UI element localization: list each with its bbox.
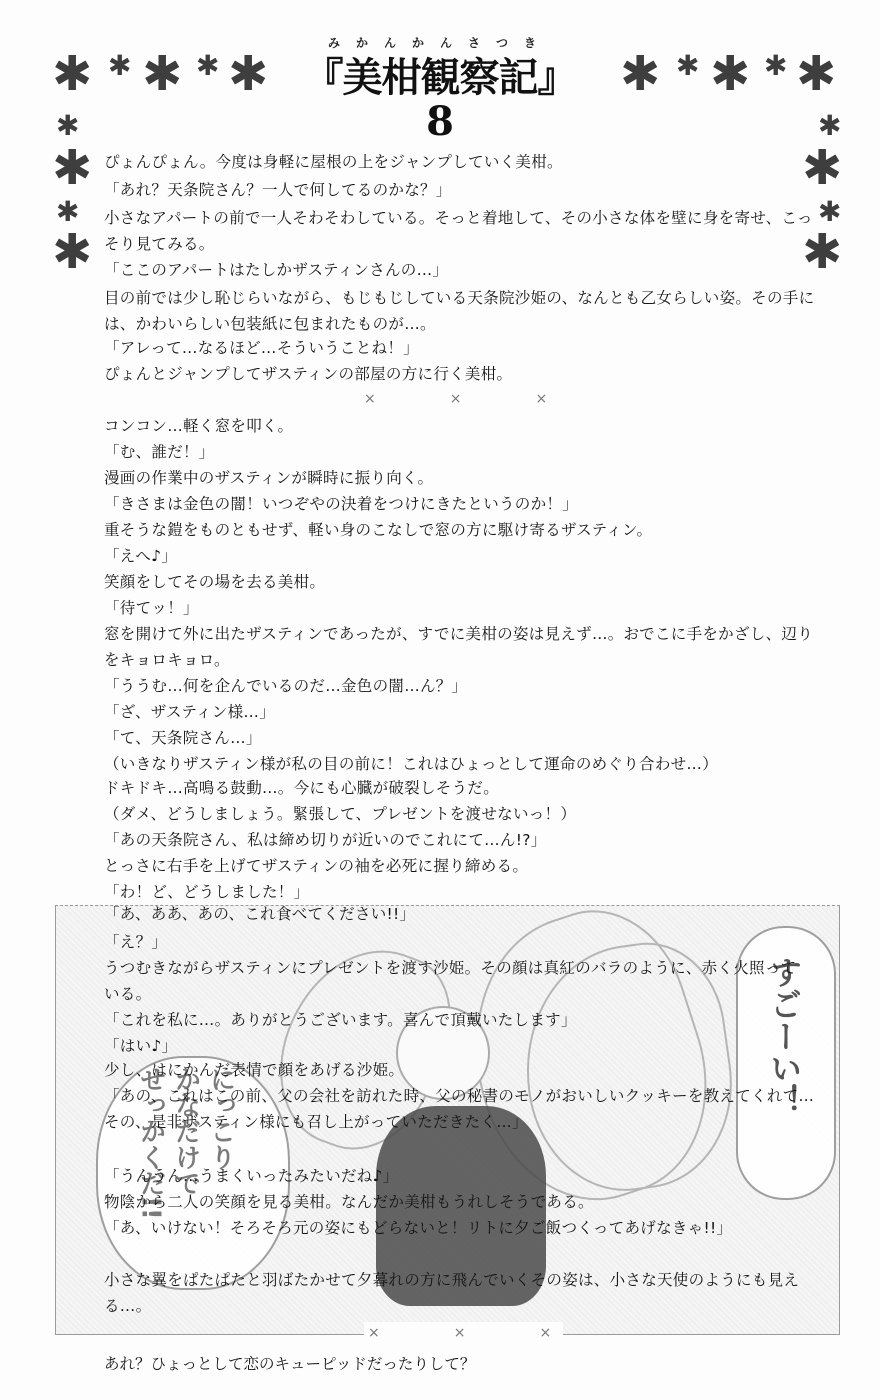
star-flower-icon: ✱ bbox=[196, 52, 219, 80]
text-line: 窓を開けて外に出たザスティンであったが、すでに美柑の姿は見えず…。おでこに手をか… bbox=[104, 622, 813, 644]
text-line: 「はい♪」 bbox=[104, 1034, 177, 1056]
star-flower-icon: ✱ bbox=[56, 112, 79, 140]
text-line: 「これを私に…。ありがとうございます。喜んで頂戴いたします」 bbox=[104, 1008, 577, 1030]
text-line: 「ううむ…何を企んでいるのだ…金色の闇…ん？」 bbox=[104, 674, 467, 696]
text-line: 重そうな鎧をものともせず、軽い身のこなしで窓の方に駆け寄るザスティン。 bbox=[104, 518, 652, 540]
text-line: 「わ！ど、どうしました！」 bbox=[104, 880, 309, 902]
text-line: そり見てみる。 bbox=[104, 232, 215, 254]
text-line: （ダメ、どうしましょう。緊張して、プレゼントを渡せないっ！） bbox=[104, 802, 576, 824]
text-line: 漫画の作業中のザスティンが瞬時に振り向く。 bbox=[104, 466, 433, 488]
text-line: 少し、はにかんだ表情で顔をあげる沙姫。 bbox=[104, 1058, 404, 1080]
star-flower-icon: ✱ bbox=[802, 144, 842, 192]
star-flower-icon: ✱ bbox=[52, 228, 92, 276]
text-line: 小さな翼をぱたぱたと羽ばたかせて夕暮れの方に飛んでいくその姿は、小さな天使のよう… bbox=[104, 1268, 799, 1290]
star-flower-icon: ✱ bbox=[710, 50, 750, 98]
text-line: 「アレって…なるほど…そういうことね！」 bbox=[104, 336, 419, 358]
star-flower-icon: ✱ bbox=[818, 112, 841, 140]
star-flower-icon: ✱ bbox=[228, 50, 268, 98]
text-line: その、是非ザスティン様にも召し上がっていただきたく…」 bbox=[104, 1110, 528, 1132]
illustration-panel: にっこり かなだけで せっかくだ!! すごーい！ 「あ、ああ、あの、これ食べてく… bbox=[55, 905, 840, 1335]
star-flower-icon: ✱ bbox=[620, 50, 660, 98]
text-line: うつむきながらザスティンにプレゼントを渡す沙姫。その顔は真紅のバラのように、赤く… bbox=[104, 956, 796, 978]
text-line: 「あの天条院さん、私は締め切りが近いのでこれにて…ん!?」 bbox=[104, 828, 547, 850]
scene-separator: × × × bbox=[364, 388, 555, 408]
star-flower-icon: ✱ bbox=[52, 144, 92, 192]
text-line: 物陰から二人の笑顔を見る美柑。なんだか美柑もうれしそうである。 bbox=[104, 1190, 594, 1212]
text-line: 「あの、これはこの前、父の会社を訪れた時、父の秘書のモノがおいしいクッキーを教え… bbox=[104, 1084, 814, 1106]
text-line: 「ざ、ザスティン様…」 bbox=[104, 700, 275, 722]
scene-separator: × × × bbox=[364, 1322, 563, 1342]
text-line: 「え？」 bbox=[104, 930, 167, 952]
text-line: 「待てッ！」 bbox=[104, 596, 199, 618]
text-line: 目の前では少し恥じらいながら、もじもじしている天条院沙姫の、なんとも乙女らしい姿… bbox=[104, 286, 814, 308]
text-line: いる。 bbox=[104, 982, 151, 1004]
star-flower-icon: ✱ bbox=[802, 228, 842, 276]
text-line: とっさに右手を上げてザスティンの袖を必死に握り締める。 bbox=[104, 854, 528, 876]
text-line: は、かわいらしい包装紙に包まれたものが…。 bbox=[104, 312, 436, 334]
text-line: 「む、誰だ！」 bbox=[104, 440, 215, 462]
star-flower-icon: ✱ bbox=[108, 52, 131, 80]
text-line: る…。 bbox=[104, 1294, 151, 1316]
text-line: をキョロキョロ。 bbox=[104, 648, 230, 670]
closing-line: あれ？ひょっとして恋のキューピッドだったりして？ bbox=[104, 1352, 475, 1374]
text-line: 「えへ♪」 bbox=[104, 544, 177, 566]
text-line: ぴょんぴょん。今度は身軽に屋根の上をジャンプしていく美柑。 bbox=[104, 150, 563, 172]
star-flower-icon: ✱ bbox=[796, 50, 836, 98]
star-flower-icon: ✱ bbox=[142, 50, 182, 98]
text-line: 「うんうん…うまくいったみたいだね♪」 bbox=[104, 1164, 399, 1186]
text-line: （いきなりザスティン様が私の目の前に！これはひょっとして運命のめぐり合わせ…） bbox=[104, 752, 718, 774]
star-flower-icon: ✱ bbox=[818, 198, 841, 226]
star-flower-icon: ✱ bbox=[52, 50, 92, 98]
text-line: ドキドキ…高鳴る鼓動…。今にも心臓が破裂しそうだ。 bbox=[104, 776, 499, 798]
text-line: コンコン…軽く窓を叩く。 bbox=[104, 414, 293, 436]
text-line: 小さなアパートの前で一人そわそわしている。そっと着地して、その小さな体を壁に身を… bbox=[104, 206, 813, 228]
novel-page: ✱ ✱ ✱ ✱ ✱ ✱ ✱ ✱ ✱ ✱ ✱ ✱ ✱ ✱ ✱ ✱ ✱ ✱ みかんか… bbox=[0, 0, 880, 1400]
text-line: 「あ、いけない！そろそろ元の姿にもどらないと！リトに夕ご飯つくってあげなきゃ!!… bbox=[104, 1216, 732, 1238]
page-title: 『美柑観察記』 bbox=[300, 46, 580, 103]
text-line: 笑顔をしてその場を去る美柑。 bbox=[104, 570, 325, 592]
star-flower-icon: ✱ bbox=[764, 52, 787, 80]
text-line: 「きさまは金色の闇！いつぞやの決着をつけにきたというのか！」 bbox=[104, 492, 578, 514]
text-line: ぴょんとジャンプしてザスティンの部屋の方に行く美柑。 bbox=[104, 362, 512, 384]
chapter-number: 8 bbox=[400, 98, 480, 145]
text-line: 「あれ？天条院さん？一人で何してるのかな？」 bbox=[104, 178, 452, 200]
text-line: 「て、天条院さん…」 bbox=[104, 726, 262, 748]
star-flower-icon: ✱ bbox=[676, 52, 699, 80]
text-line: 「ここのアパートはたしかザスティンさんの…」 bbox=[104, 258, 448, 280]
text-line: 「あ、ああ、あの、これ食べてください!!」 bbox=[104, 902, 415, 924]
star-flower-icon: ✱ bbox=[56, 198, 79, 226]
